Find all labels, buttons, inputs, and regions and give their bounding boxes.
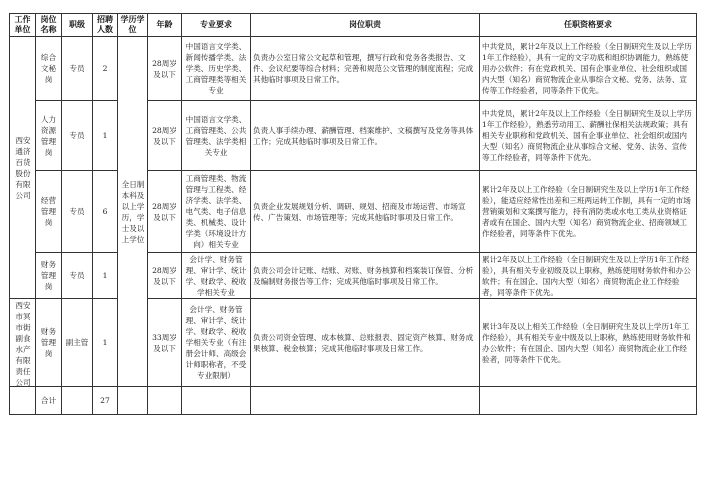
header-level: 职级 bbox=[62, 14, 93, 37]
duties-cell: 负责办公室日常公文起草和管理，撰写行政和党务各类报告、文件、会议纪要等综合材料；… bbox=[251, 37, 480, 101]
major-cell: 工商管理类、物流管理与工程类、经济学类、法学类、电气类、电子信息类、机械类、设计… bbox=[182, 171, 251, 253]
table-row: 人力资源管理岗 专员 1 28周岁及以下 中国语言文学类、工商管理类、公共管理类… bbox=[10, 101, 697, 171]
count-cell: 1 bbox=[93, 101, 118, 171]
requirements-cell: 中共党员，累计2年及以上工作经验（全日制研究生及以上学历1年工作经验），熟悉劳动… bbox=[480, 101, 697, 171]
header-major: 专业要求 bbox=[182, 14, 251, 37]
empty-cell bbox=[182, 387, 251, 415]
total-label: 合计 bbox=[36, 387, 62, 415]
position-cell: 经营管理岗 bbox=[36, 171, 62, 253]
recruitment-table: 工作单位 岗位名称 职级 招聘人数 学历学位 年龄 专业要求 岗位职责 任职资格… bbox=[9, 13, 697, 415]
empty-cell bbox=[148, 387, 182, 415]
header-position: 岗位名称 bbox=[36, 14, 62, 37]
header-education: 学历学位 bbox=[118, 14, 148, 37]
major-cell: 中国语言文学类、工商管理类、公共管理类、法学类相关专业 bbox=[182, 101, 251, 171]
requirements-cell: 累计2年及以上工作经验（全日制研究生及以上学历1年工作经验），具有相关专业初级及… bbox=[480, 253, 697, 299]
level-cell: 专员 bbox=[62, 101, 93, 171]
requirements-cell: 累计2年及以上工作经验（全日制研究生及以上学历1年工作经验），能适应经常性出差和… bbox=[480, 171, 697, 253]
count-cell: 1 bbox=[93, 253, 118, 299]
empty-cell bbox=[10, 387, 36, 415]
count-cell: 6 bbox=[93, 171, 118, 253]
header-requirements: 任职资格要求 bbox=[480, 14, 697, 37]
level-cell: 专员 bbox=[62, 171, 93, 253]
total-row: 合计 27 bbox=[10, 387, 697, 415]
requirements-cell: 中共党员，累计2年及以上工作经验（全日制研究生及以上学历1年工作经验），具有一定… bbox=[480, 37, 697, 101]
empty-cell bbox=[62, 387, 93, 415]
total-count: 27 bbox=[93, 387, 118, 415]
count-cell: 1 bbox=[93, 299, 118, 387]
duties-cell: 负责企业发展规划分析、调研、规划、招商及市场运营、市场宣传、广告策划、市场管理等… bbox=[251, 171, 480, 253]
level-cell: 副主管 bbox=[62, 299, 93, 387]
level-cell: 专员 bbox=[62, 253, 93, 299]
header-count: 招聘人数 bbox=[93, 14, 118, 37]
header-unit: 工作单位 bbox=[10, 14, 36, 37]
duties-cell: 负责公司资金管理、成本核算、总账报表、固定资产核算、财务成果核算、税金核算；完成… bbox=[251, 299, 480, 387]
position-cell: 财务管理岗 bbox=[36, 299, 62, 387]
level-cell: 专员 bbox=[62, 37, 93, 101]
major-cell: 会计学、财务管理、审计学、统计学、财政学、税收学相关专业 bbox=[182, 253, 251, 299]
age-cell: 33周岁及以下 bbox=[148, 299, 182, 387]
age-cell: 28周岁及以下 bbox=[148, 101, 182, 171]
requirements-cell: 累计3年及以上相关工作经验（全日制研究生及以上学历1年工作经验），具有相关专业中… bbox=[480, 299, 697, 387]
duties-cell: 负责人事手续办理、薪酬管理、档案维护、文稿撰写及党务等具体工作；完成其他临时事项… bbox=[251, 101, 480, 171]
unit-cell: 西安市冥市街副食水产有限责任公司 bbox=[10, 299, 36, 387]
empty-cell bbox=[118, 387, 148, 415]
major-cell: 中国语言文学类、新闻传播学类、法学类、历史学类、工商管理类等相关专业 bbox=[182, 37, 251, 101]
unit-name: 西安通济百货股份有限公司 bbox=[14, 135, 32, 201]
age-cell: 28周岁及以下 bbox=[148, 253, 182, 299]
header-duties: 岗位职责 bbox=[251, 14, 480, 37]
major-cell: 会计学、财务管理、审计学、统计学、财政学、税收学相关专业（有注册会计师、高级会计… bbox=[182, 299, 251, 387]
unit-name: 西安市冥市街副食水产有限责任公司 bbox=[14, 300, 31, 386]
unit-cell: 西安通济百货股份有限公司 bbox=[10, 37, 36, 299]
table-row: 财务管理岗 专员 1 28周岁及以下 会计学、财务管理、审计学、统计学、财政学、… bbox=[10, 253, 697, 299]
empty-cell bbox=[480, 387, 697, 415]
table-row: 西安市冥市街副食水产有限责任公司 财务管理岗 副主管 1 33周岁及以下 会计学… bbox=[10, 299, 697, 387]
position-cell: 综合文秘岗 bbox=[36, 37, 62, 101]
table-row: 西安通济百货股份有限公司 综合文秘岗 专员 2 全日制本科及以上学历，学士及以上… bbox=[10, 37, 697, 101]
age-cell: 28周岁及以下 bbox=[148, 171, 182, 253]
header-age: 年龄 bbox=[148, 14, 182, 37]
recruitment-table-sheet: 工作单位 岗位名称 职级 招聘人数 学历学位 年龄 专业要求 岗位职责 任职资格… bbox=[9, 13, 697, 415]
duties-cell: 负责公司会计记账、结账、对账、财务核算和档案装订保管、分析及编制财务报告等工作；… bbox=[251, 253, 480, 299]
table-row: 经营管理岗 专员 6 28周岁及以下 工商管理类、物流管理与工程类、经济学类、法… bbox=[10, 171, 697, 253]
header-row: 工作单位 岗位名称 职级 招聘人数 学历学位 年龄 专业要求 岗位职责 任职资格… bbox=[10, 14, 697, 37]
education-cell: 全日制本科及以上学历，学士及以上学位 bbox=[118, 37, 148, 387]
position-cell: 财务管理岗 bbox=[36, 253, 62, 299]
age-cell: 28周岁及以下 bbox=[148, 37, 182, 101]
empty-cell bbox=[251, 387, 480, 415]
position-cell: 人力资源管理岗 bbox=[36, 101, 62, 171]
count-cell: 2 bbox=[93, 37, 118, 101]
